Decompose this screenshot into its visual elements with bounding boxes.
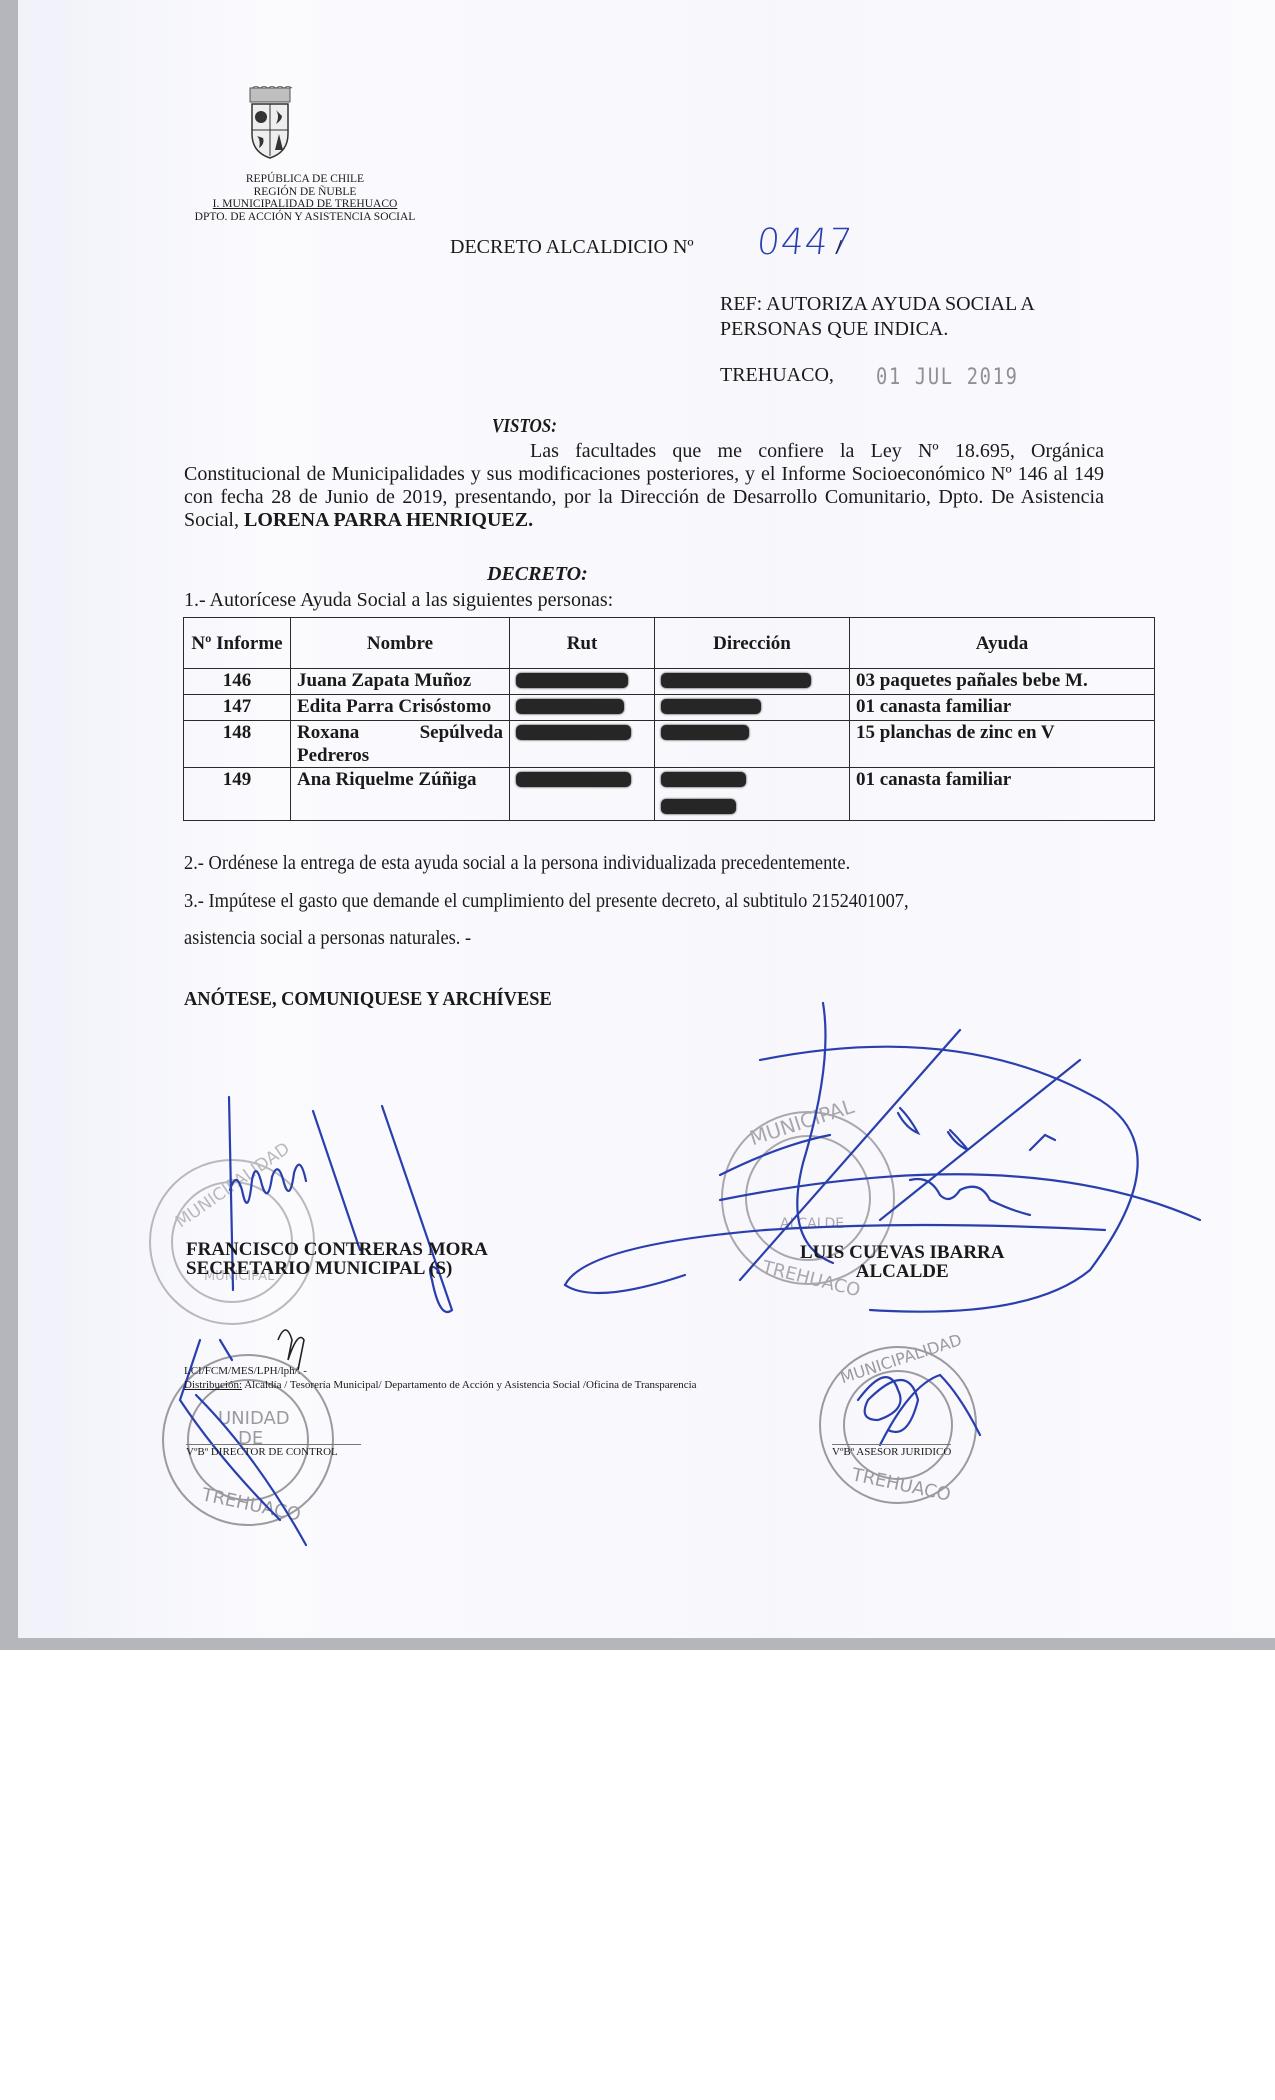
redacted-address: [redacted]	[661, 699, 761, 714]
secretary-title: SECRETARIO MUNICIPAL (S)	[186, 1259, 488, 1278]
closing-formula: ANÓTESE, COMUNIQUESE Y ARCHÍVESE	[184, 988, 552, 1011]
cell-direccion: [redacted]	[655, 695, 850, 721]
cell-direccion: [redacted]	[655, 768, 850, 821]
header-informe: Nº Informe	[184, 618, 291, 669]
cell-ayuda: 15 planchas de zinc en V	[850, 721, 1155, 768]
table-row: 148 Roxana Sepúlveda Pedreros [redacted]…	[184, 721, 1155, 768]
table-row: 147 Edita Parra Crisóstomo [redacted] [r…	[184, 695, 1155, 721]
cell-direccion: [redacted]	[655, 721, 850, 768]
decreto-item-2: 2.- Ordénese la entrega de esta ayuda so…	[184, 852, 850, 875]
cell-informe: 146	[184, 669, 291, 695]
cell-informe: 149	[184, 768, 291, 821]
letterhead-country: REPÚBLICA DE CHILE	[150, 173, 460, 186]
vistos-person: LORENA PARRA HENRIQUEZ.	[244, 509, 533, 531]
table-row: 149 Ana Riquelme Zúñiga [redacted] [reda…	[184, 768, 1155, 821]
cell-nombre: Juana Zapata Muñoz	[291, 669, 510, 695]
cell-nombre: Ana Riquelme Zúñiga	[291, 768, 510, 821]
decreto-item-1: 1.- Autorícese Ayuda Social a las siguie…	[184, 589, 613, 612]
decree-place: TREHUACO,	[720, 364, 834, 387]
mayor-title: ALCALDE	[800, 1262, 1004, 1281]
cell-rut: [redacted]	[510, 721, 655, 768]
cell-rut: [redacted]	[510, 768, 655, 821]
cell-informe: 148	[184, 721, 291, 768]
redacted-address-line2	[661, 799, 736, 814]
aid-table-header: Nº Informe Nombre Rut Dirección Ayuda	[184, 618, 1155, 669]
redacted-address: [redacted]	[661, 772, 746, 787]
redacted-address: [redacted]	[661, 673, 811, 688]
redacted-rut: [redacted]	[516, 772, 631, 787]
footer-initials: LCI/FCM/MES/LPH/lph/. -	[184, 1364, 697, 1378]
footer-references: LCI/FCM/MES/LPH/lph/. - Distribución: Al…	[184, 1364, 697, 1392]
ref-line-2: PERSONAS QUE INDICA.	[720, 317, 1035, 342]
cell-nombre: Edita Parra Crisóstomo	[291, 695, 510, 721]
letterhead-department: DPTO. DE ACCIÓN Y ASISTENCIA SOCIAL	[150, 211, 460, 224]
cell-rut: [redacted]	[510, 695, 655, 721]
header-rut: Rut	[510, 618, 655, 669]
vistos-body: Las facultades que me confiere la Ley Nº…	[184, 440, 1104, 532]
letterhead: REPÚBLICA DE CHILE REGIÓN DE ÑUBLE I. MU…	[150, 173, 460, 223]
decreto-item-3-cont: asistencia social a personas naturales. …	[184, 927, 471, 950]
cell-ayuda: 03 paquetes pañales bebe M.	[850, 669, 1155, 695]
date-stamp: 01 JUL 2019	[876, 365, 1019, 390]
distribution-label: Distribución:	[184, 1379, 242, 1391]
header-ayuda: Ayuda	[850, 618, 1155, 669]
ref-line-1: REF: AUTORIZA AYUDA SOCIAL A	[720, 292, 1035, 317]
table-row: 146 Juana Zapata Muñoz [redacted] [redac…	[184, 669, 1155, 695]
vb-legal: VºBº ASESOR JURIDICO	[832, 1444, 951, 1458]
decreto-item-3: 3.- Impútese el gasto que demande el cum…	[184, 890, 909, 913]
cell-nombre: Roxana Sepúlveda Pedreros	[291, 721, 510, 768]
decree-number-suffix: /	[836, 236, 842, 259]
redacted-rut: [redacted]	[516, 699, 624, 714]
letterhead-region: REGIÓN DE ÑUBLE	[150, 186, 460, 199]
secretary-name: FRANCISCO CONTRERAS MORA	[186, 1240, 488, 1259]
vistos-heading: VISTOS:	[492, 415, 557, 438]
header-nombre: Nombre	[291, 618, 510, 669]
mayor-signature-block: LUIS CUEVAS IBARRA ALCALDE	[800, 1243, 1004, 1281]
redacted-rut: [redacted]	[516, 673, 628, 688]
cell-ayuda: 01 canasta familiar	[850, 695, 1155, 721]
header-direccion: Dirección	[655, 618, 850, 669]
decree-title: DECRETO ALCALDICIO Nº	[450, 236, 694, 259]
letterhead-municipality: I. MUNICIPALIDAD DE TREHUACO	[150, 198, 460, 211]
cell-ayuda: 01 canasta familiar	[850, 768, 1155, 821]
redacted-address: [redacted]	[661, 725, 749, 740]
footer-distribution: Distribución: Alcaldía / Tesorería Munic…	[184, 1378, 697, 1392]
vb-control: VºBº DIRECTOR DE CONTROL	[186, 1444, 361, 1458]
cell-rut: [redacted]	[510, 669, 655, 695]
cell-informe: 147	[184, 695, 291, 721]
cell-direccion: [redacted]	[655, 669, 850, 695]
mayor-name: LUIS CUEVAS IBARRA	[800, 1243, 1004, 1262]
decreto-heading: DECRETO:	[487, 563, 588, 586]
municipal-coat-of-arms-icon	[244, 86, 296, 160]
decree-reference: REF: AUTORIZA AYUDA SOCIAL A PERSONAS QU…	[720, 292, 1035, 342]
redacted-rut: [redacted]	[516, 725, 631, 740]
aid-table: Nº Informe Nombre Rut Dirección Ayuda 14…	[183, 617, 1155, 821]
secretary-signature-block: FRANCISCO CONTRERAS MORA SECRETARIO MUNI…	[186, 1240, 488, 1278]
distribution-list: Alcaldía / Tesorería Municipal/ Departam…	[242, 1379, 696, 1391]
